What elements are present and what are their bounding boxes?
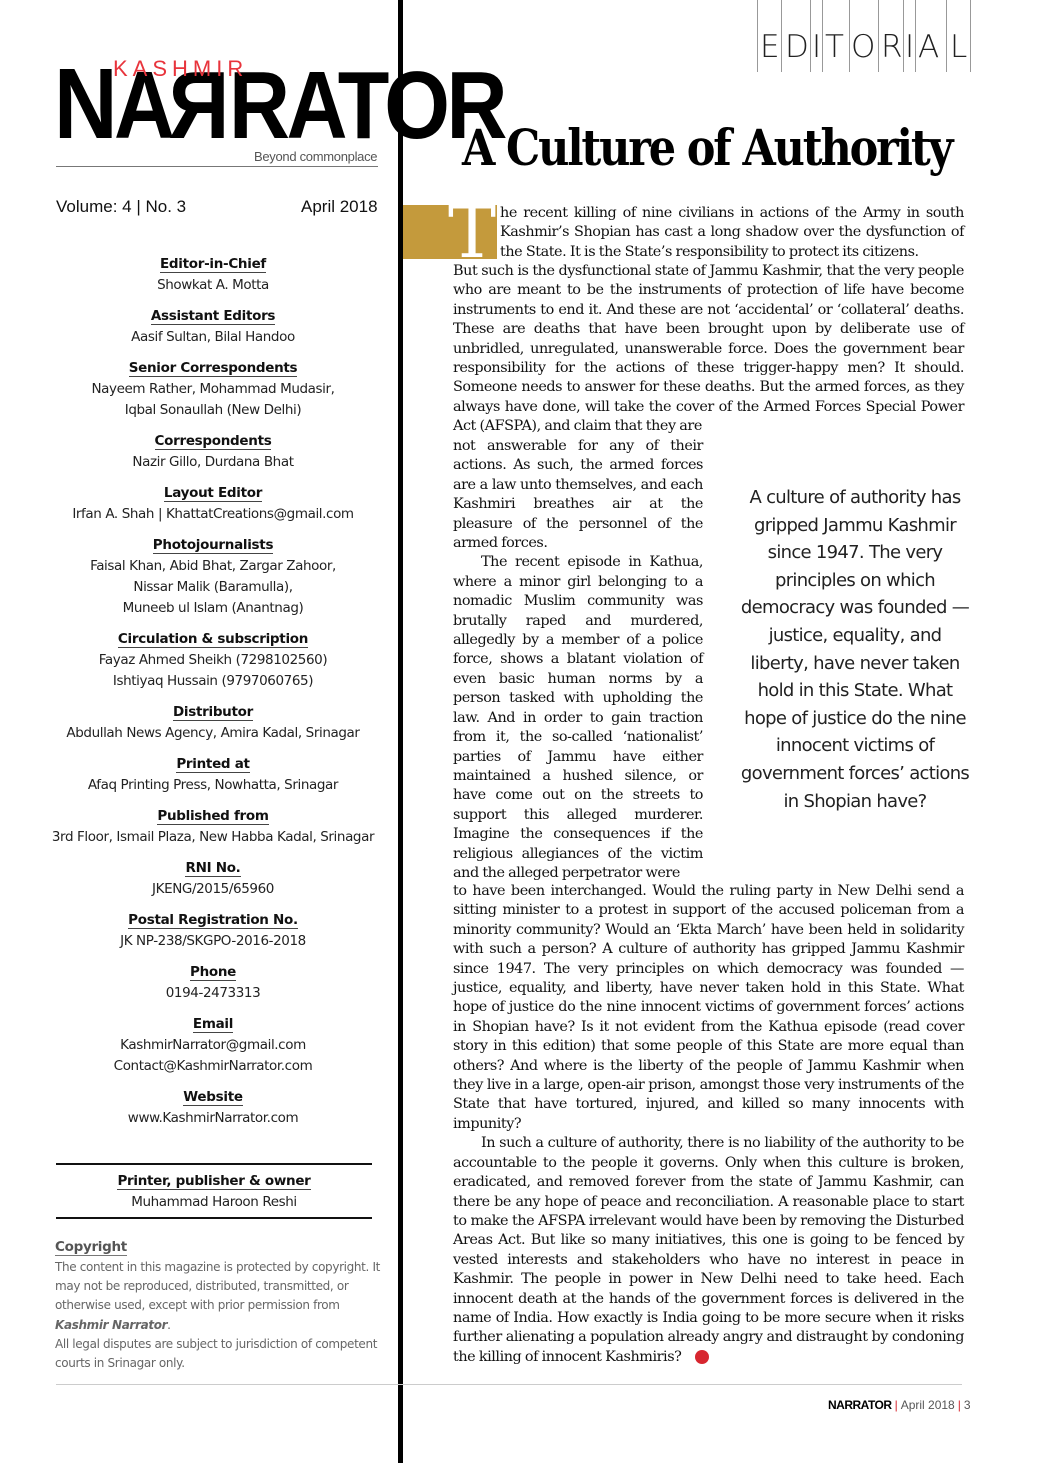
divider-line	[903, 0, 904, 72]
divider-line	[810, 0, 811, 72]
credit-line: Nazir Gillo, Durdana Bhat	[50, 452, 376, 473]
credit-title: Layout Editor	[164, 485, 262, 502]
section-letter: T	[825, 30, 844, 64]
credit-title: Postal Registration No.	[128, 912, 298, 929]
credit-phone: Phone 0194-2473313	[50, 961, 376, 1004]
masthead-rule	[56, 166, 378, 167]
credit-line: JK NP-238/SKGPO-2016-2018	[50, 931, 376, 952]
article-paragraph-2: The recent episode in Kathua, where a mi…	[453, 553, 703, 883]
credit-website: Website www.KashmirNarrator.com	[50, 1086, 376, 1129]
owner-credit: Printer, publisher & owner Muhammad Haro…	[56, 1170, 372, 1213]
credit-correspondents: Correspondents Nazir Gillo, Durdana Bhat	[50, 430, 376, 473]
credit-title: Photojournalists	[153, 537, 273, 554]
article-paragraph-3: In such a culture of authority, there is…	[453, 1134, 964, 1367]
article-paragraph-1-lead: he recent killing of nine civilians in a…	[500, 204, 964, 262]
credit-title: Assistant Editors	[151, 308, 275, 325]
footer-rule	[56, 1384, 962, 1385]
section-letter: R	[881, 30, 903, 64]
owner-name: Muhammad Haroon Reshi	[56, 1192, 372, 1213]
credit-line: Nissar Malik (Baramulla),	[50, 577, 376, 598]
credit-title: Editor-in-Chief	[160, 256, 266, 273]
credit-line: Muneeb ul Islam (Anantnag)	[50, 598, 376, 619]
staff-credits: Editor-in-Chief Showkat A. Motta Assista…	[50, 253, 376, 1138]
masthead-kashmir: KASHMIR	[113, 56, 248, 82]
footer-separator: |	[958, 1398, 961, 1412]
credit-title: RNI No.	[185, 860, 240, 877]
section-letter: D	[785, 30, 809, 64]
credit-circulation: Circulation & subscription Fayaz Ahmed S…	[50, 628, 376, 692]
credit-line: JKENG/2015/65960	[50, 879, 376, 900]
volume-issue: Volume: 4 | No. 3	[56, 197, 186, 217]
copyright-title: Copyright	[55, 1239, 127, 1256]
section-letter: O	[851, 30, 875, 64]
copyright-notice: Copyright The content in this magazine i…	[55, 1236, 385, 1373]
end-mark-logo-icon: N	[695, 1350, 709, 1364]
credit-assistant-editors: Assistant Editors Aasif Sultan, Bilal Ha…	[50, 305, 376, 348]
credit-senior-correspondents: Senior Correspondents Nayeem Rather, Moh…	[50, 357, 376, 421]
divider-line	[970, 0, 971, 72]
credit-line: Fayaz Ahmed Sheikh (7298102560)	[50, 650, 376, 671]
credit-rni-no: RNI No. JKENG/2015/65960	[50, 857, 376, 900]
logo-letter-n: N	[54, 48, 114, 160]
website-link[interactable]: www.KashmirNarrator.com	[50, 1108, 376, 1129]
footer-separator: |	[895, 1398, 898, 1412]
credit-line: Nayeem Rather, Mohammad Mudasir,	[50, 379, 376, 400]
credit-title: Printed at	[176, 756, 249, 773]
section-letter: I	[905, 30, 914, 64]
issue-date: April 2018	[301, 197, 378, 217]
divider-line	[946, 0, 947, 72]
credit-postal-registration: Postal Registration No. JK NP-238/SKGPO-…	[50, 909, 376, 952]
credit-line: Iqbal Sonaullah (New Delhi)	[50, 400, 376, 421]
credit-title: Senior Correspondents	[129, 360, 298, 377]
section-label-editorial: E D I T O R I A L	[755, 0, 975, 72]
email-link[interactable]: KashmirNarrator@gmail.com	[50, 1035, 376, 1056]
credit-layout-editor: Layout Editor Irfan A. Shah | KhattatCre…	[50, 482, 376, 525]
credit-title: Correspondents	[155, 433, 272, 450]
divider-line	[781, 0, 782, 72]
page-footer: NARRATOR|April 2018|3	[828, 1398, 971, 1412]
credit-email: Email KashmirNarrator@gmail.com Contact@…	[50, 1013, 376, 1077]
copyright-text: .	[167, 1318, 170, 1332]
copyright-body: The content in this magazine is protecte…	[55, 1258, 385, 1373]
section-letter: E	[760, 30, 780, 64]
credit-published-from: Published from 3rd Floor, Ismail Plaza, …	[50, 805, 376, 848]
credit-line: 3rd Floor, Ismail Plaza, New Habba Kadal…	[50, 827, 376, 848]
article-paragraph-2-continued: to have been interchanged. Would the rul…	[453, 882, 964, 1134]
dropcap-letter: T	[448, 196, 496, 268]
credit-editor-in-chief: Editor-in-Chief Showkat A. Motta	[50, 253, 376, 296]
owner-rule-top	[56, 1163, 372, 1165]
credit-line: Aasif Sultan, Bilal Handoo	[50, 327, 376, 348]
credit-title: Phone	[190, 964, 236, 981]
credit-title: Email	[193, 1016, 233, 1033]
footer-logo: NARRATOR	[828, 1398, 892, 1412]
article-headline: A Culture of Authority	[462, 118, 951, 177]
pull-quote: A culture of authority has gripped Jammu…	[740, 484, 970, 815]
copyright-publication-name: Kashmir Narrator	[55, 1318, 167, 1332]
credit-line: 0194-2473313	[50, 983, 376, 1004]
article-paragraph-1-end: not answerable for any of their actions.…	[453, 437, 703, 553]
credit-printed-at: Printed at Afaq Printing Press, Nowhatta…	[50, 753, 376, 796]
credit-photojournalists: Photojournalists Faisal Khan, Abid Bhat,…	[50, 534, 376, 619]
credit-line: Afaq Printing Press, Nowhatta, Srinagar	[50, 775, 376, 796]
owner-rule-bottom	[56, 1217, 372, 1219]
copyright-jurisdiction: All legal disputes are subject to jurisd…	[55, 1337, 377, 1370]
divider-line	[878, 0, 879, 72]
divider-line	[757, 0, 758, 72]
credit-title: Distributor	[173, 704, 253, 721]
credit-distributor: Distributor Abdullah News Agency, Amira …	[50, 701, 376, 744]
footer-date: April 2018	[901, 1398, 955, 1412]
article-paragraph-3-text: In such a culture of authority, there is…	[453, 1135, 964, 1364]
divider-line	[822, 0, 823, 72]
credit-line: Irfan A. Shah | KhattatCreations@gmail.c…	[50, 504, 376, 525]
owner-title: Printer, publisher & owner	[117, 1173, 310, 1190]
copyright-text: The content in this magazine is protecte…	[55, 1260, 380, 1312]
email-link[interactable]: Contact@KashmirNarrator.com	[50, 1056, 376, 1077]
article-narrow-column: not answerable for any of their actions.…	[453, 437, 703, 883]
section-letter: A	[918, 30, 939, 64]
section-letter: I	[812, 30, 821, 64]
divider-line	[849, 0, 850, 72]
masthead-tagline: Beyond commonplace	[254, 149, 377, 164]
section-letter: L	[950, 30, 967, 64]
credit-title: Published from	[157, 808, 268, 825]
credit-line: Faisal Khan, Abid Bhat, Zargar Zahoor,	[50, 556, 376, 577]
credit-line: Abdullah News Agency, Amira Kadal, Srina…	[50, 723, 376, 744]
page-number: 3	[964, 1398, 971, 1412]
credit-title: Website	[183, 1089, 242, 1106]
article-wide-column: to have been interchanged. Would the rul…	[453, 882, 964, 1367]
divider-line	[915, 0, 916, 72]
credit-title: Circulation & subscription	[118, 631, 308, 648]
credit-line: Showkat A. Motta	[50, 275, 376, 296]
article-paragraph-1-continued: But such is the dysfunctional state of J…	[453, 262, 964, 437]
credit-line: Ishtiyaq Hussain (9797060765)	[50, 671, 376, 692]
